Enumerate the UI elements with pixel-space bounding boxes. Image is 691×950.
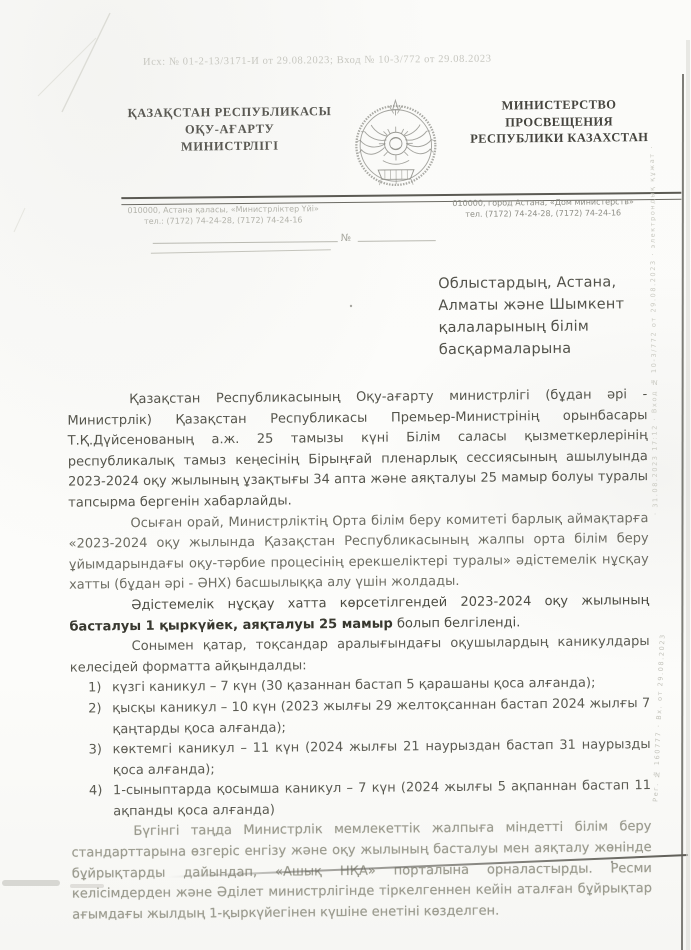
list-item-text: қысқы каникул – 10 күн (2023 жылғы 29 же… bbox=[112, 696, 650, 737]
ministry-name-russian-line3: РЕСПУБЛИКИ КАЗАХСТАН bbox=[452, 129, 667, 148]
list-item-number: 4) bbox=[89, 782, 103, 803]
number-blank-line bbox=[358, 240, 436, 242]
p3-prefix: Әдістемелік нұсқау хатта көрсетілгендей … bbox=[131, 593, 649, 613]
letter-body: Қазақстан Республикасының Оқу-ағарту мин… bbox=[67, 385, 652, 926]
paragraph-announcement: Қазақстан Республикасының Оқу-ағарту мин… bbox=[67, 385, 648, 514]
recipient-line: Алматы және Шымкент bbox=[438, 293, 653, 317]
list-item: 3)көктемгі каникул – 11 күн (2024 жылғы … bbox=[71, 735, 651, 782]
list-item: 2)қысқы каникул – 10 күн (2023 жылғы 29 … bbox=[70, 694, 650, 741]
address-kazakh-line2: тел.: (7172) 74-24-28, (7172) 74-24-16 bbox=[128, 215, 320, 227]
list-item-number: 1) bbox=[88, 679, 102, 700]
ministry-name-russian-line2: ПРОСВЕЩЕНИЯ bbox=[452, 112, 667, 131]
paragraph-instruction-letter: Осыған орай, Министрліктің Орта білім бе… bbox=[68, 509, 649, 597]
p3-bold-dates: басталуы 1 қыркүйек, аяқталуы 25 мамыр bbox=[69, 616, 392, 634]
address-russian-line2: тел. (7172) 74-24-28, (7172) 74-24-16 bbox=[452, 208, 634, 220]
list-item-text: көктемгі каникул – 11 күн (2024 жылғы 21… bbox=[113, 737, 651, 778]
list-item-number: 2) bbox=[88, 699, 102, 720]
kazakhstan-emblem-icon bbox=[348, 92, 443, 197]
ministry-name-kazakh-line3: МИНИСТРЛІГІ bbox=[115, 137, 345, 156]
list-item: 4)1-сыныптарда қосымша каникул – 7 күн (… bbox=[71, 776, 651, 823]
p3-suffix: болып белгіленді. bbox=[393, 615, 521, 631]
recipient-block: Облыстардың, Астана, Алматы және Шымкент… bbox=[438, 271, 654, 361]
recipient-line: қалаларының білім bbox=[438, 315, 653, 339]
ministry-name-kazakh-line2: ОҚУ-АҒАРТУ bbox=[115, 120, 345, 139]
paragraph-holidays-intro: Сонымен қатар, тоқсандар аралығындағы оқ… bbox=[70, 632, 650, 679]
holidays-list: 1)күзгі каникул – 7 күн (30 қазаннан бас… bbox=[70, 673, 651, 823]
list-item-number: 3) bbox=[89, 740, 103, 761]
ministry-name-russian: МИНИСТЕРСТВО ПРОСВЕЩЕНИЯ РЕСПУБЛИКИ КАЗА… bbox=[451, 96, 666, 148]
address-kazakh: 010000, Астана қаласы, «Министрліктер Үй… bbox=[127, 204, 319, 227]
registration-reference-line: Исх: № 01-2-13/3171-И от 29.08.2023; Вхо… bbox=[143, 53, 563, 68]
ministry-name-kazakh-line1: ҚАЗАҚСТАН РЕСПУБЛИКАСЫ bbox=[114, 103, 344, 122]
paragraph-orders-portal: Бүгінгі таңда Министрлік мемлекеттік жал… bbox=[71, 818, 652, 927]
scanned-letter-page: Исх: № 01-2-13/3171-И от 29.08.2023; Вхо… bbox=[0, 0, 691, 950]
document-number-row: № bbox=[153, 227, 433, 244]
date-blank-line bbox=[153, 241, 338, 244]
list-item-text: күзгі каникул – 7 күн (30 қазаннан баста… bbox=[112, 676, 596, 696]
ministry-name-kazakh: ҚАЗАҚСТАН РЕСПУБЛИКАСЫ ОҚУ-АҒАРТУ МИНИСТ… bbox=[114, 103, 344, 156]
second-blank-line bbox=[151, 249, 331, 254]
recipient-line: Облыстардың, Астана, bbox=[438, 271, 653, 295]
recipient-line: басқармаларына bbox=[439, 337, 654, 361]
number-sign: № bbox=[341, 233, 352, 244]
vertical-stamp-lower: Рег. № 160777 · Вх. от 29.08.2023 bbox=[651, 542, 670, 802]
address-russian: 010000, город Астана, «Дом министерств» … bbox=[452, 197, 634, 220]
paragraph-school-year-dates: Әдістемелік нұсқау хатта көрсетілгендей … bbox=[69, 591, 649, 638]
list-item-text: 1-сыныптарда қосымша каникул – 7 күн (20… bbox=[113, 778, 651, 819]
ministry-name-russian-line1: МИНИСТЕРСТВО bbox=[451, 96, 666, 115]
vertical-stamp-upper: · 31.08.2023 17:12 · Вход № 10-3/772 от … bbox=[647, 85, 659, 515]
